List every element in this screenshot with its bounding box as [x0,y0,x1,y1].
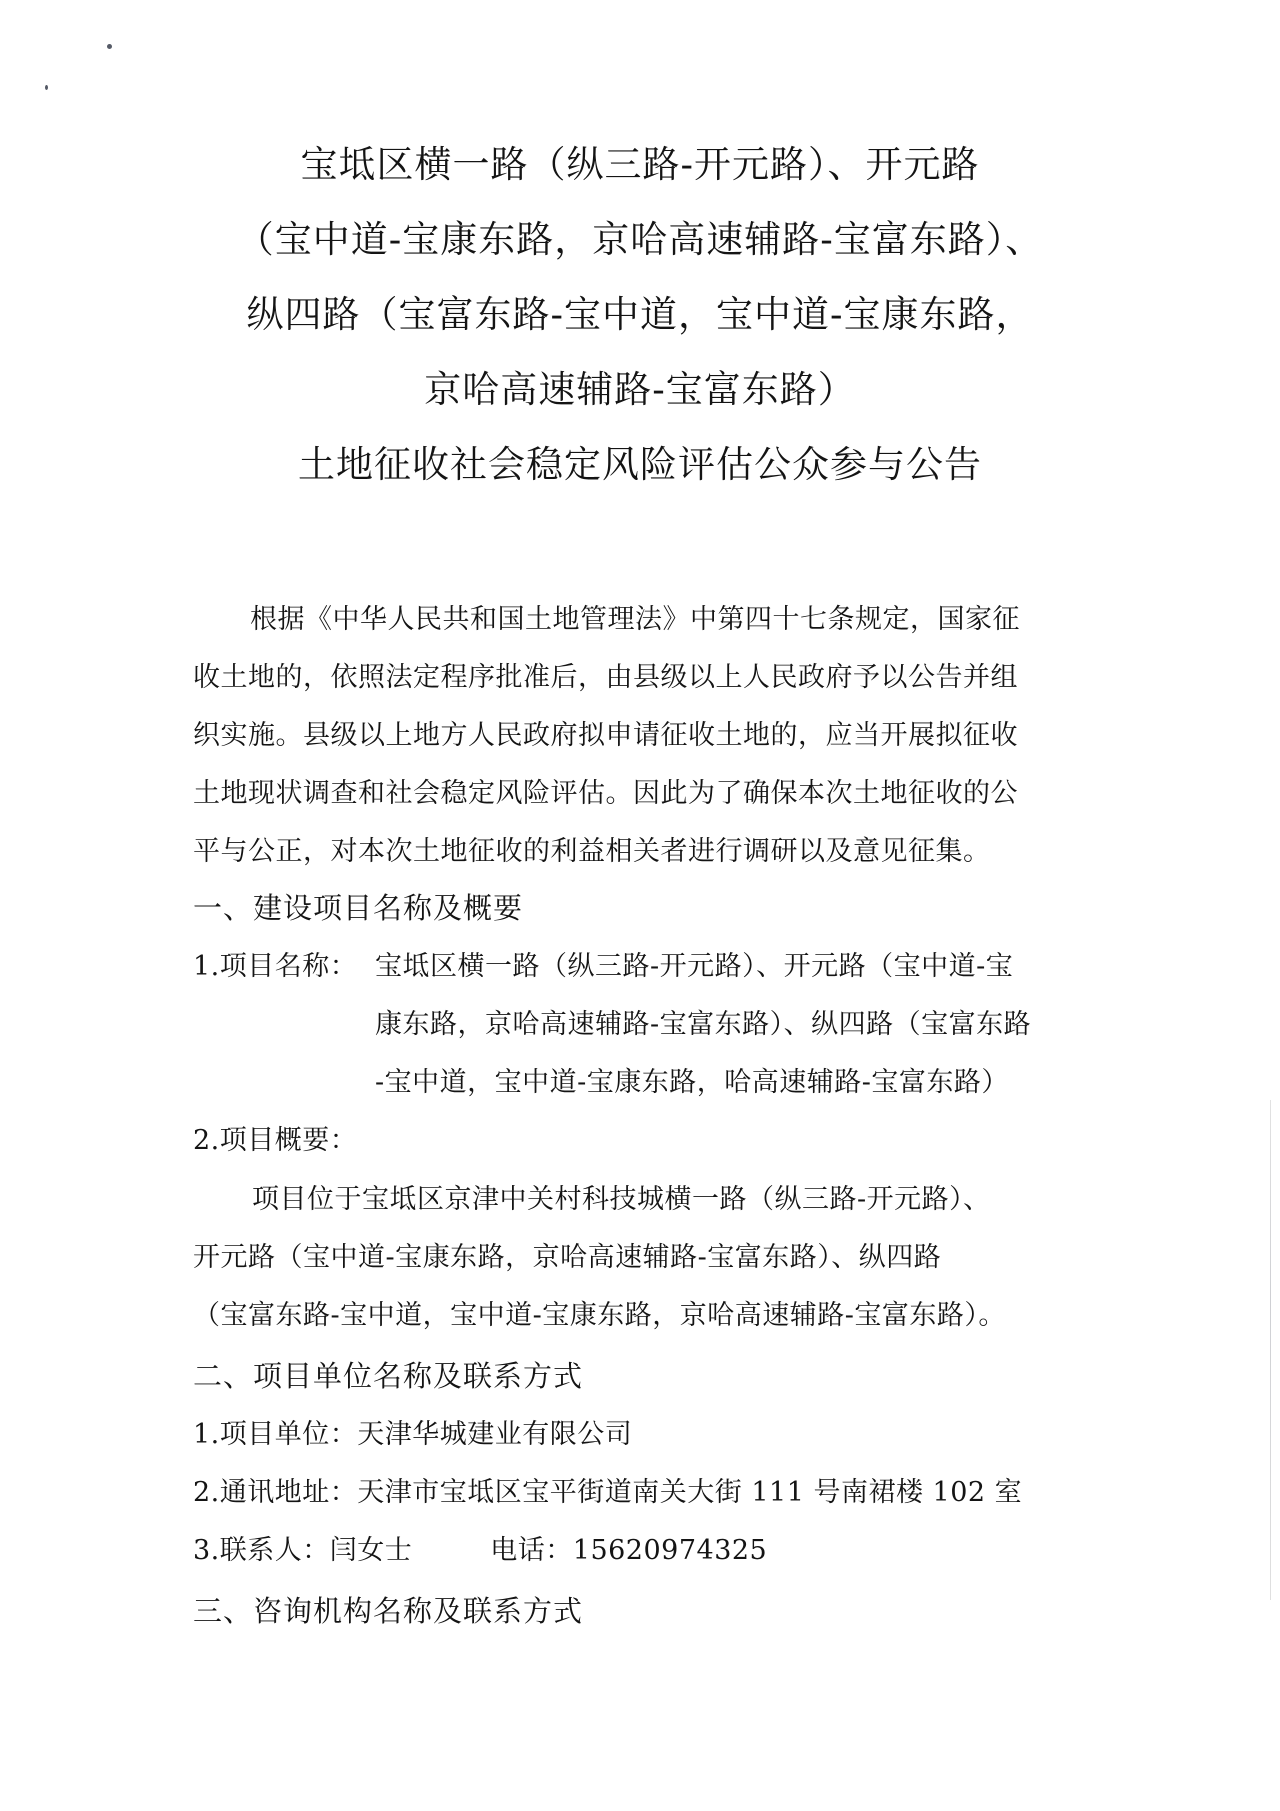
section-1-heading: 一、建设项目名称及概要 [193,890,523,926]
document-title-line-2: （宝中道-宝康东路，京哈高速辅路-宝富东路）、 [0,218,1280,262]
document-title-line-4: 京哈高速辅路-宝富东路） [0,368,1280,412]
intro-line-5: 平与公正，对本次土地征收的利益相关者进行调研以及意见征集。 [193,835,991,869]
contact-name: 3.联系人：闫女士 [193,1535,412,1566]
intro-line-3: 织实施。县级以上地方人民政府拟申请征收土地的，应当开展拟征收 [193,719,1018,753]
document-title-line-3: 纵四路（宝富东路-宝中道，宝中道-宝康东路， [0,293,1280,337]
project-name-line-3: -宝中道，宝中道-宝康东路，哈高速辅路-宝富东路） [375,1066,1009,1100]
intro-line-2: 收土地的，依照法定程序批准后，由县级以上人民政府予以公告并组 [193,661,1018,695]
document-page: 宝坻区横一路（纵三路-开元路）、开元路 （宝中道-宝康东路，京哈高速辅路-宝富东… [0,0,1280,1811]
project-name-line-2: 康东路，京哈高速辅路-宝富东路）、纵四路（宝富东路 [375,1008,1031,1042]
project-name-line-1: 宝坻区横一路（纵三路-开元路）、开元路（宝中道-宝 [375,950,1013,984]
scan-edge-line [1270,1100,1271,1600]
section-2-heading: 二、项目单位名称及联系方式 [193,1358,583,1394]
scan-speck [107,44,112,49]
section-3-heading: 三、咨询机构名称及联系方式 [193,1593,583,1629]
project-overview-label: 2.项目概要： [193,1124,357,1158]
project-overview-line-3: （宝富东路-宝中道，宝中道-宝康东路，京哈高速辅路-宝富东路）。 [193,1299,1006,1333]
project-overview-line-2: 开元路（宝中道-宝康东路，京哈高速辅路-宝富东路）、纵四路 [193,1241,941,1275]
project-unit: 1.项目单位：天津华城建业有限公司 [193,1418,632,1452]
document-title-line-1: 宝坻区横一路（纵三路-开元路）、开元路 [0,143,1280,187]
project-address: 2.通讯地址：天津市宝坻区宝平街道南关大街 111 号南裙楼 102 室 [193,1476,1022,1510]
scan-speck [45,85,48,90]
intro-line-1: 根据《中华人民共和国土地管理法》中第四十七条规定，国家征 [250,603,1020,637]
contact-phone: 电话：15620974325 [490,1535,767,1566]
intro-line-4: 土地现状调查和社会稳定风险评估。因此为了确保本次土地征收的公 [193,777,1018,811]
contact-person: 3.联系人：闫女士电话：15620974325 [193,1534,767,1568]
project-overview-line-1: 项目位于宝坻区京津中关村科技城横一路（纵三路-开元路）、 [252,1183,991,1217]
document-title-line-5: 土地征收社会稳定风险评估公众参与公告 [0,443,1280,487]
project-name-label: 1.项目名称： [193,950,357,984]
